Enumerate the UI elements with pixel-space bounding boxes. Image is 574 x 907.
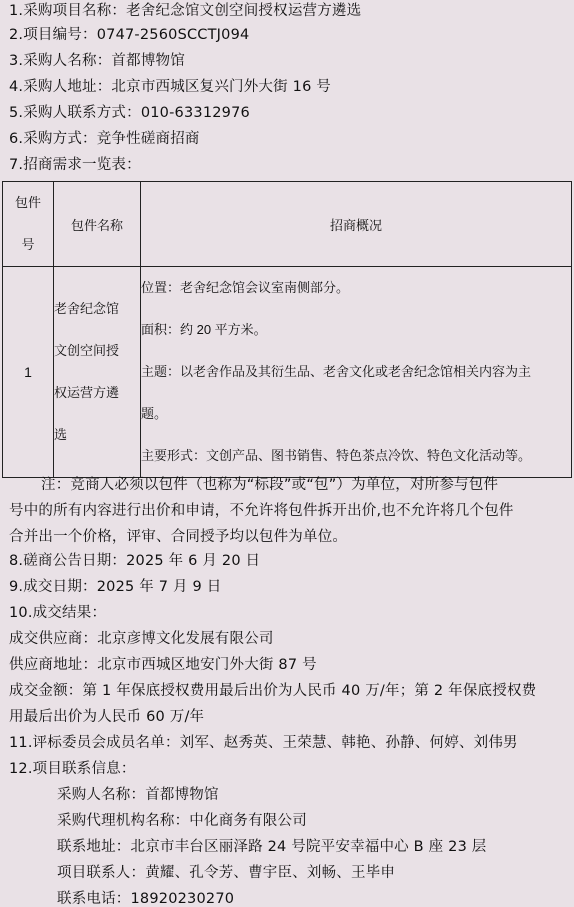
contact-address: 联系地址：北京市丰台区丽泽路 24 号院平安幸福中心 B 座 23 层 <box>57 834 487 860</box>
contact-agency: 采购代理机构名称：中化商务有限公司 <box>57 808 307 834</box>
header-package-no: 包件 号 <box>3 182 54 267</box>
table-row: 1 老舍纪念馆 文创空间授 权运营方遴 选 位置：老舍纪念馆会议室南侧部分。 面… <box>3 267 572 478</box>
supplier: 成交供应商：北京彦博文化发展有限公司 <box>9 626 274 652</box>
contact-persons: 项目联系人：黄耀、孔令芳、曹宇臣、刘畅、王毕申 <box>57 860 395 886</box>
note-line-3: 合并出一个价格，评审、合同授予均以包件为单位。 <box>9 524 347 550</box>
contact-purchaser: 采购人名称：首都博物馆 <box>57 782 219 808</box>
cell-package-name: 老舍纪念馆 文创空间授 权运营方遴 选 <box>54 267 141 478</box>
overview-area: 面积：约 20 平方米。 <box>141 309 571 351</box>
supplier-address: 供应商地址：北京市西城区地安门外大街 87 号 <box>9 652 317 678</box>
result-title: 10.成交结果： <box>9 600 106 626</box>
requirements-title: 7.招商需求一览表： <box>9 152 141 178</box>
purchaser-name: 3.采购人名称：首都博物馆 <box>9 48 185 74</box>
purchaser-address: 4.采购人地址：北京市西城区复兴门外大街 16 号 <box>9 74 331 100</box>
overview-forms: 主要形式：文创产品、图书销售、特色茶点冷饮、特色文化活动等。 <box>141 435 571 477</box>
note-line-2: 号中的所有内容进行出价和申请，不允许将包件拆开出价,也不允许将几个包件 <box>9 498 514 524</box>
note-line-1: 注：竞商人必须以包件（也称为“标段”或“包”）为单位，对所参与包件 <box>41 472 498 498</box>
requirements-table: 包件 号 包件名称 招商概况 1 老舍纪念馆 文创空间授 权运营方遴 选 位置：… <box>2 181 572 478</box>
contact-title: 12.项目联系信息： <box>9 756 136 782</box>
cell-overview: 位置：老舍纪念馆会议室南侧部分。 面积：约 20 平方米。 主题：以老舍作品及其… <box>141 267 572 478</box>
announcement-date: 8.磋商公告日期：2025 年 6 月 20 日 <box>9 548 260 574</box>
header-overview: 招商概况 <box>141 182 572 267</box>
overview-theme: 主题：以老舍作品及其衍生品、老舍文化或老舍纪念馆相关内容为主 <box>141 351 571 393</box>
amount-line-2: 用最后出价为人民币 60 万/年 <box>9 704 204 730</box>
project-name: 1.采购项目名称：老舍纪念馆文创空间授权运营方遴选 <box>9 0 361 24</box>
procurement-method: 6.采购方式：竞争性磋商招商 <box>9 126 200 152</box>
cell-package-no: 1 <box>3 267 54 478</box>
table-header-row: 包件 号 包件名称 招商概况 <box>3 182 572 267</box>
amount-line-1: 成交金额：第 1 年保底授权费用最后出价为人民币 40 万/年；第 2 年保底授… <box>9 678 536 704</box>
purchaser-contact: 5.采购人联系方式：010-63312976 <box>9 100 250 126</box>
header-package-name: 包件名称 <box>54 182 141 267</box>
contact-phone: 联系电话：18920230270 <box>57 886 234 907</box>
deal-date: 9.成交日期：2025 年 7 月 9 日 <box>9 574 221 600</box>
committee: 11.评标委员会成员名单：刘军、赵秀英、王荣慧、韩艳、孙静、何婷、刘伟男 <box>9 730 518 756</box>
overview-location: 位置：老舍纪念馆会议室南侧部分。 <box>141 267 571 309</box>
overview-theme-cont: 题。 <box>141 393 571 435</box>
project-code: 2.项目编号：0747-2560SCCTJ094 <box>9 22 249 48</box>
